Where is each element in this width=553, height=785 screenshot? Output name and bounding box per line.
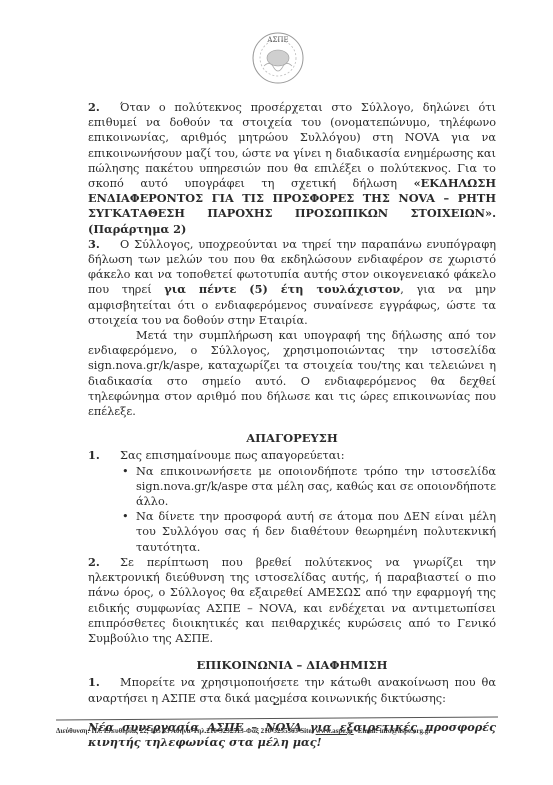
- prohibition-item-1: 1.Σας επισημαίνουμε πως απαγορεύεται:: [88, 448, 496, 463]
- email-link[interactable]: info@aspe.org.gr: [380, 727, 432, 735]
- item-number: 3.: [88, 237, 120, 252]
- site-link[interactable]: www.aspe.gr: [316, 727, 354, 735]
- document-body: 2.Όταν ο πολύτεκνος προσέρχεται στο Σύλλ…: [88, 100, 496, 750]
- paragraph-item-2: 2.Όταν ο πολύτεκνος προσέρχεται στο Σύλλ…: [88, 100, 496, 237]
- bullet-item: Να δίνετε την προσφορά αυτή σε άτομα που…: [122, 509, 496, 555]
- item-number: 2.: [88, 100, 120, 115]
- svg-text:ΑΣΠΕ: ΑΣΠΕ: [266, 36, 288, 44]
- footer-contact: Διεύθυνση: Πλ. Ελευθερίας 22, 105 53 Αθή…: [56, 727, 516, 735]
- heading-communication: ΕΠΙΚΟΙΝΩΝΙΑ – ΔΙΑΦΗΜΙΣΗ: [88, 658, 496, 673]
- paragraph-after-signing: Μετά την συμπλήρωση και υπογραφή της δήλ…: [88, 328, 496, 419]
- paragraph-item-3: 3.Ο Σύλλογος, υποχρεούνται να τηρεί την …: [88, 237, 496, 328]
- prohibition-bullet-list: Να επικοινωνήσετε με οποιονδήποτε τρόπο …: [88, 464, 496, 555]
- aspe-emblem-icon: ΑΣΠΕ: [250, 30, 306, 86]
- page-number: 2: [0, 694, 553, 708]
- prohibition-item-2: 2.Σε περίπτωση που βρεθεί πολύτεκνος να …: [88, 555, 496, 646]
- heading-prohibition: ΑΠΑΓΟΡΕΥΣΗ: [88, 431, 496, 446]
- bullet-item: Να επικοινωνήσετε με οποιονδήποτε τρόπο …: [122, 464, 496, 510]
